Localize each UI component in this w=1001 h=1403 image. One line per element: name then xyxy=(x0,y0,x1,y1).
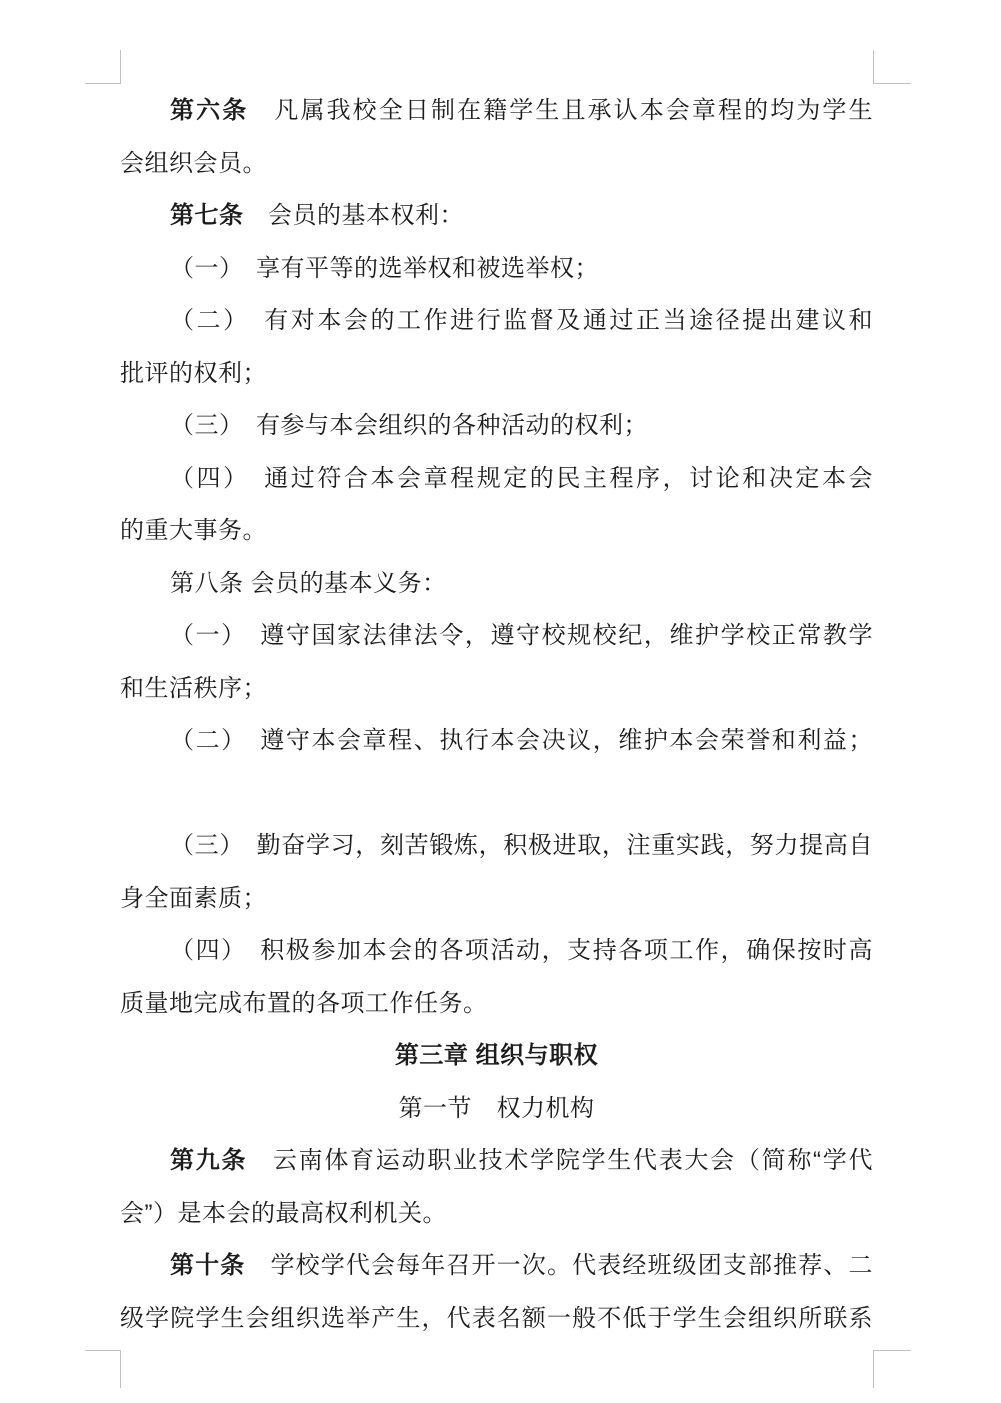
line-text: 会”）是本会的最高权利机关。 xyxy=(120,1200,447,1227)
text-line: 的重大事务。 xyxy=(120,505,873,558)
line-text: （四） 积极参加本会的各项活动，支持各项工作，确保按时高 xyxy=(170,937,873,964)
line-text: （二） 遵守本会章程、执行本会决议，维护本会荣誉和利益； xyxy=(170,727,873,754)
text-line-item-4: （四） 积极参加本会的各项活动，支持各项工作，确保按时高 xyxy=(120,925,873,978)
line-text: （一） 享有平等的选举权和被选举权； xyxy=(170,255,599,282)
line-text: 级学院学生会组织选举产生，代表名额一般不低于学生会组织所联系 xyxy=(120,1305,873,1332)
text-line: 会”）是本会的最高权利机关。 xyxy=(120,1188,873,1241)
text-line-item-3: （三） 有参与本会组织的各种活动的权利； xyxy=(120,400,873,453)
section-heading: 第一节 权力机构 xyxy=(120,1083,873,1136)
text-line-article-8: 第八条 会员的基本义务： xyxy=(120,558,873,611)
line-text: 学校学代会每年召开一次。代表经班级团支部推荐、二 xyxy=(245,1252,873,1279)
line-text: （三） 勤奋学习，刻苦锻炼，积极进取，注重实践，努力提高自 xyxy=(170,832,873,859)
article-number: 第七条 xyxy=(170,202,244,229)
text-line-item-1: （一） 享有平等的选举权和被选举权； xyxy=(120,243,873,296)
line-text: （三） 有参与本会组织的各种活动的权利； xyxy=(170,412,648,439)
text-line-article-7: 第七条 会员的基本权利： xyxy=(120,190,873,243)
line-text: 质量地完成布置的各项工作任务。 xyxy=(120,990,488,1017)
line-text: （一） 遵守国家法律法令，遵守校规校纪，维护学校正常教学 xyxy=(170,622,873,649)
text-boundary-mark-bottom-right xyxy=(873,1350,911,1388)
article-number: 第十条 xyxy=(170,1252,245,1279)
text-line-item-3: （三） 勤奋学习，刻苦锻炼，积极进取，注重实践，努力提高自 xyxy=(120,820,873,873)
text-line: 级学院学生会组织选举产生，代表名额一般不低于学生会组织所联系 xyxy=(120,1293,873,1346)
text-line: 会组织会员。 xyxy=(120,138,873,191)
text-line: 质量地完成布置的各项工作任务。 xyxy=(120,978,873,1031)
text-line-item-2: （二） 遵守本会章程、执行本会决议，维护本会荣誉和利益； xyxy=(120,715,873,768)
text-boundary-mark-top-right xyxy=(873,50,911,84)
line-text: 批评的权利； xyxy=(120,360,267,387)
article-number: 第六条 xyxy=(170,97,248,124)
article-number: 第九条 xyxy=(170,1147,247,1174)
line-text: 和生活秩序； xyxy=(120,675,267,702)
document-body-text: 第六条 凡属我校全日制在籍学生且承认本会章程的均为学生 会组织会员。 第七条 会… xyxy=(120,85,873,1345)
text-line-article-9: 第九条 云南体育运动职业技术学院学生代表大会（简称“学代 xyxy=(120,1135,873,1188)
text-line-item-1: （一） 遵守国家法律法令，遵守校规校纪，维护学校正常教学 xyxy=(120,610,873,663)
line-text: （二） 有对本会的工作进行监督及通过正当途径提出建议和 xyxy=(170,307,873,334)
text-line-item-2: （二） 有对本会的工作进行监督及通过正当途径提出建议和 xyxy=(120,295,873,348)
text-line: 和生活秩序； xyxy=(120,663,873,716)
text-boundary-mark-top-left xyxy=(85,50,121,84)
text-line-item-4: （四） 通过符合本会章程规定的民主程序，讨论和决定本会 xyxy=(120,453,873,506)
chapter-title: 第三章 组织与职权 xyxy=(395,1042,598,1069)
document-page: 第六条 凡属我校全日制在籍学生且承认本会章程的均为学生 会组织会员。 第七条 会… xyxy=(0,0,1001,1403)
section-title: 第一节 权力机构 xyxy=(399,1095,595,1122)
text-boundary-mark-bottom-left xyxy=(85,1350,121,1388)
text-line: 身全面素质； xyxy=(120,873,873,926)
line-text: 云南体育运动职业技术学院学生代表大会（简称“学代 xyxy=(247,1147,873,1174)
chapter-heading: 第三章 组织与职权 xyxy=(120,1030,873,1083)
text-line: 批评的权利； xyxy=(120,348,873,401)
text-line-article-6: 第六条 凡属我校全日制在籍学生且承认本会章程的均为学生 xyxy=(120,85,873,138)
blank-line xyxy=(120,768,873,821)
line-text: 会员的基本权利： xyxy=(244,202,465,229)
line-text: 第八条 会员的基本义务： xyxy=(170,570,447,597)
line-text: 会组织会员。 xyxy=(120,150,267,177)
line-text: （四） 通过符合本会章程规定的民主程序，讨论和决定本会 xyxy=(170,465,873,492)
line-text: 凡属我校全日制在籍学生且承认本会章程的均为学生 xyxy=(248,97,873,124)
line-text: 的重大事务。 xyxy=(120,517,267,544)
line-text: 身全面素质； xyxy=(120,885,267,912)
text-line-article-10: 第十条 学校学代会每年召开一次。代表经班级团支部推荐、二 xyxy=(120,1240,873,1293)
